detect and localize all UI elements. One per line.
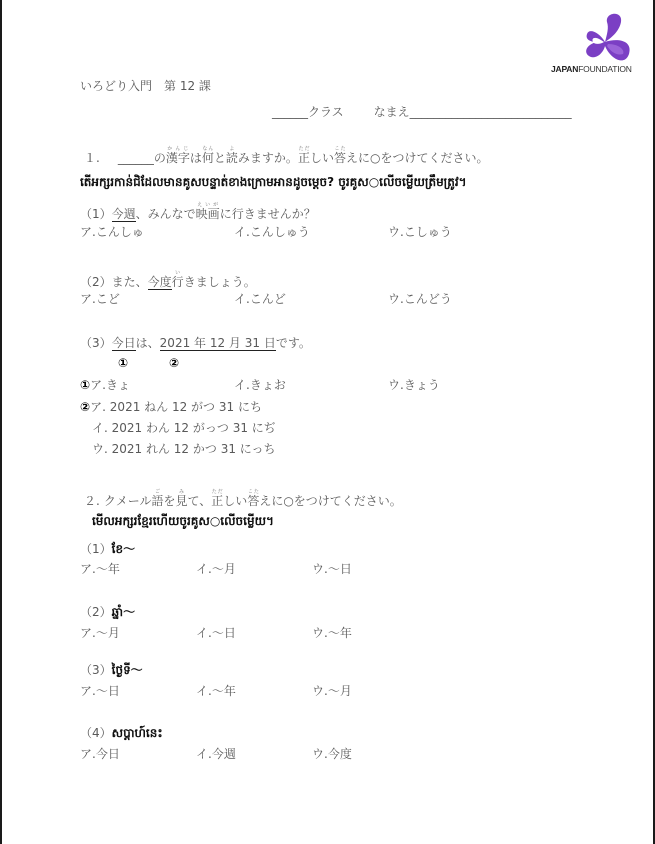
s2-q4-option-i[interactable]: イ.今週 bbox=[196, 746, 236, 762]
underlined-word-2: 2021 年 12 月 31 日 bbox=[160, 336, 276, 351]
s2-q2-option-a[interactable]: ア.～月 bbox=[80, 625, 120, 641]
s1-q1-option-u[interactable]: ウ.こしゅう bbox=[388, 224, 452, 240]
s2-q3-option-u[interactable]: ウ.～月 bbox=[312, 683, 352, 699]
s2-q3-option-i[interactable]: イ.～年 bbox=[196, 683, 236, 699]
class-label: クラス bbox=[308, 105, 344, 119]
s1-q3-sub1-option-i[interactable]: イ.きょお bbox=[234, 377, 286, 393]
s1-question-3: （3）今日は、2021 年 12 月 31 日です。 bbox=[80, 335, 311, 351]
section1-instruction: １.______の漢字かんじは何なんと読よみますか。正ただしい答こたえに○をつけ… bbox=[84, 146, 488, 166]
s2-q3-option-a[interactable]: ア.～日 bbox=[80, 683, 120, 699]
section1-khmer-instruction: តើអក្សរកាន់ជិដែលមានគូសបន្ទាត់ខាងក្រោមអាន… bbox=[80, 173, 467, 191]
underlined-word-1: 今日 bbox=[112, 336, 136, 351]
s2-q1-option-u[interactable]: ウ.～日 bbox=[312, 561, 352, 577]
s1-q3-sub2-option-a[interactable]: ②ア. 2021 ねん 12 がつ 31 にち bbox=[80, 399, 262, 415]
marker-1: ① bbox=[118, 356, 128, 370]
s2-q4-option-u[interactable]: ウ.今度 bbox=[312, 746, 352, 762]
lesson-title: いろどり入門 第 12 課 bbox=[80, 78, 211, 94]
s1-q3-sub2-option-u[interactable]: ウ. 2021 れん 12 かつ 31 にっち bbox=[92, 441, 276, 457]
worksheet-page: JAPANFOUNDATION いろどり入門 第 12 課 ______クラスな… bbox=[0, 0, 655, 844]
s2-q2-option-i[interactable]: イ.～日 bbox=[196, 625, 236, 641]
s2-q1-option-i[interactable]: イ.～月 bbox=[196, 561, 236, 577]
class-blank[interactable]: ______ bbox=[272, 105, 308, 119]
s2-question-4: （4）សប្ដាហ៍នេះ bbox=[80, 724, 163, 742]
name-blank[interactable]: ___________________________ bbox=[410, 105, 572, 119]
logo-text: JAPANFOUNDATION bbox=[551, 64, 632, 74]
s2-q2-option-u[interactable]: ウ.～年 bbox=[312, 625, 352, 641]
s1-q1-option-a[interactable]: ア.こんしゅ bbox=[80, 224, 144, 240]
s1-q2-option-i[interactable]: イ.こんど bbox=[234, 291, 286, 307]
s1-question-1: （1）今週、みんなで映画えいがに行きませんか？ bbox=[80, 202, 316, 222]
s1-q2-option-a[interactable]: ア.こど bbox=[80, 291, 120, 307]
s1-q3-sub1-option-a[interactable]: ①ア.きょ bbox=[80, 377, 130, 393]
s2-question-3: （3）ថ្ងៃទី～ bbox=[80, 661, 143, 679]
section1-number: １. bbox=[84, 151, 100, 165]
s2-q4-option-a[interactable]: ア.今日 bbox=[80, 746, 120, 762]
s1-question-2: （2）また、今度行いきましょう。 bbox=[80, 270, 256, 290]
s2-q1-option-a[interactable]: ア.～年 bbox=[80, 561, 120, 577]
underlined-word: 今度 bbox=[148, 275, 172, 290]
s1-q3-sub2-option-i[interactable]: イ. 2021 わん 12 がっつ 31 にぢ bbox=[92, 420, 276, 436]
s1-q3-sub1-option-u[interactable]: ウ.きょう bbox=[388, 377, 440, 393]
s1-q2-option-u[interactable]: ウ.こんどう bbox=[388, 291, 452, 307]
name-label: なまえ bbox=[374, 105, 410, 119]
class-name-line: ______クラスなまえ___________________________ bbox=[272, 104, 572, 120]
section2-khmer-instruction: មើលអក្សរខ្មែរហើយចូរគូស○លើចម្លើយ។ bbox=[92, 512, 274, 530]
underlined-word: 今週 bbox=[112, 207, 136, 222]
section1-blank: ______ bbox=[118, 151, 154, 165]
marker-2: ② bbox=[169, 356, 179, 370]
s2-question-2: （2）ឆ្នាំ～ bbox=[80, 603, 135, 621]
section2-number: ２. bbox=[84, 494, 100, 508]
s2-question-1: （1）ខែ～ bbox=[80, 540, 135, 558]
s1-q1-option-i[interactable]: イ.こんしゅう bbox=[234, 224, 310, 240]
section2-instruction: ２.クメール語ごを見みて、正ただしい答こたえに○をつけてください。 bbox=[84, 489, 402, 509]
